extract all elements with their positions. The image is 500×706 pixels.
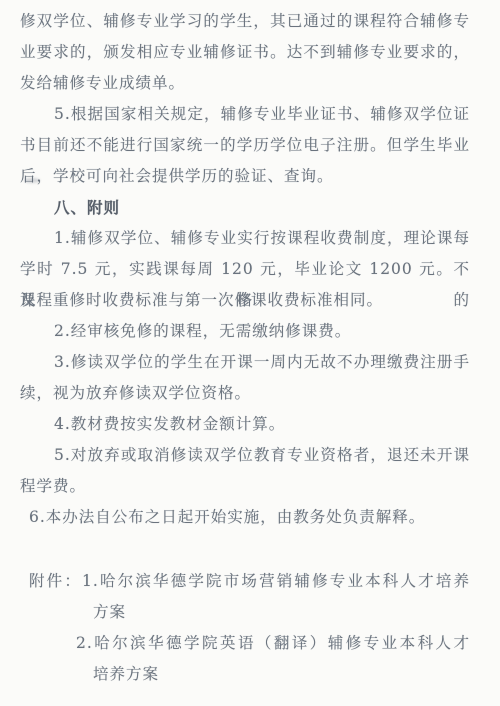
body-line: 业要求的，颁发相应专业辅修证书。达不到辅修专业要求的， (20, 37, 470, 68)
body-line: 4.教材费按实发教材金额计算。 (20, 409, 470, 440)
attachment-line: 2.哈尔滨华德学院英语（翻译）辅修专业本科人才 (20, 628, 470, 659)
body-line: 1.辅修双学位、辅修专业实行按课程收费制度，理论课每 (20, 223, 470, 254)
scanned-document-page: 修双学位、辅修专业学习的学生，其已通过的课程符合辅修专 业要求的，颁发相应专业辅… (0, 0, 500, 706)
body-line: 程学费。 (20, 471, 470, 502)
body-line: 修双学位、辅修专业学习的学生，其已通过的课程符合辅修专 (20, 6, 470, 37)
body-line: 5.根据国家相关规定，辅修专业毕业证书、辅修双学位证 (20, 99, 470, 130)
body-line: 续，视为放弃修读双学位资格。 (20, 378, 470, 409)
body-line: 5.对放弃或取消修读双学位教育专业资格者，退还未开课 (20, 440, 470, 471)
attachment-line: 培养方案 (20, 659, 470, 690)
attachment-label-line: 附件：1.哈尔滨华德学院市场营销辅修专业本科人才培养 (20, 566, 470, 597)
body-line: 发给辅修专业成绩单。 (20, 68, 470, 99)
body-line: 2.经审核免修的课程，无需缴纳修课费。 (20, 316, 470, 347)
body-line: 后，学校可向社会提供学历的验证、查询。 (20, 161, 470, 192)
section-heading: 八、附则 (20, 192, 470, 223)
body-line: 6.本办法自公布之日起开始实施，由教务处负责解释。 (20, 502, 470, 533)
attachment-line: 方案 (20, 597, 470, 628)
document-text: 修双学位、辅修专业学习的学生，其已通过的课程符合辅修专 业要求的，颁发相应专业辅… (20, 6, 470, 690)
body-line: 书目前还不能进行国家统一的学历学位电子注册。但学生毕业 (20, 130, 470, 161)
body-line: 3.修读双学位的学生在开课一周内无故不办理缴费注册手 (20, 347, 470, 378)
body-line: 学时 7.5 元，实践课每周 120 元，毕业论文 1200 元。不及格的 (20, 254, 470, 285)
